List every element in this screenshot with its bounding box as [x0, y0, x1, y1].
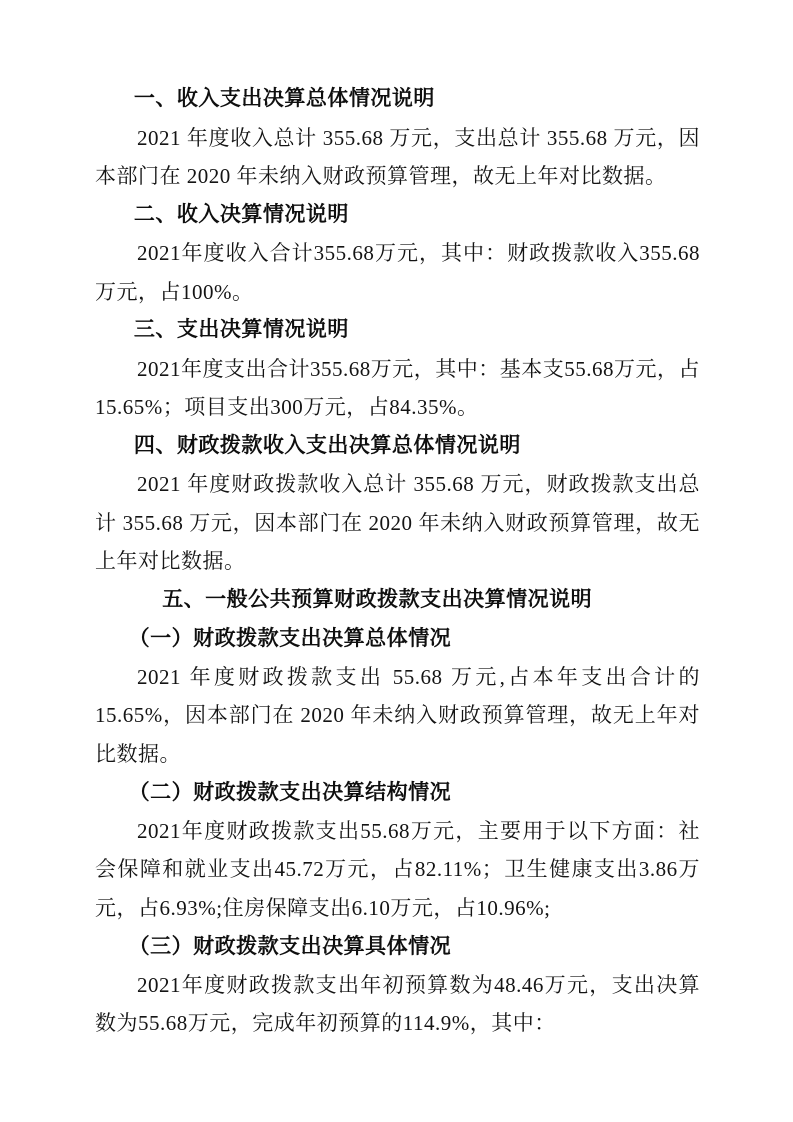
sub-section-heading: （一）财政拨款支出决算总体情况: [95, 619, 700, 658]
body-paragraph: 2021年度财政拨款支出年初预算数为48.46万元，支出决算数为55.68万元，…: [95, 966, 700, 1043]
body-paragraph: 2021 年度财政拨款支出 55.68 万元,占本年支出合计的 15.65%，因…: [95, 658, 700, 774]
body-paragraph: 2021年度支出合计355.68万元，其中：基本支55.68万元，占15.65%…: [95, 350, 700, 427]
body-paragraph: 2021年度财政拨款支出55.68万元，主要用于以下方面：社会保障和就业支出45…: [95, 812, 700, 928]
section-heading: 四、财政拨款收入支出决算总体情况说明: [95, 427, 700, 466]
section-heading: 一、收入支出决算总体情况说明: [95, 80, 700, 119]
section-heading: 二、收入决算情况说明: [95, 196, 700, 235]
document-body: 一、收入支出决算总体情况说明2021 年度收入总计 355.68 万元，支出总计…: [95, 80, 700, 1043]
section-heading: 三、支出决算情况说明: [95, 311, 700, 350]
body-paragraph: 2021 年度财政拨款收入总计 355.68 万元，财政拨款支出总计 355.6…: [95, 465, 700, 581]
body-paragraph: 2021年度收入合计355.68万元，其中：财政拨款收入355.68万元，占10…: [95, 234, 700, 311]
document-page: 一、收入支出决算总体情况说明2021 年度收入总计 355.68 万元，支出总计…: [0, 0, 793, 1122]
body-paragraph: 2021 年度收入总计 355.68 万元，支出总计 355.68 万元，因本部…: [95, 119, 700, 196]
sub-section-heading: （三）财政拨款支出决算具体情况: [95, 927, 700, 966]
section-heading: 五、一般公共预算财政拨款支出决算情况说明: [95, 581, 700, 620]
sub-section-heading: （二）财政拨款支出决算结构情况: [95, 773, 700, 812]
